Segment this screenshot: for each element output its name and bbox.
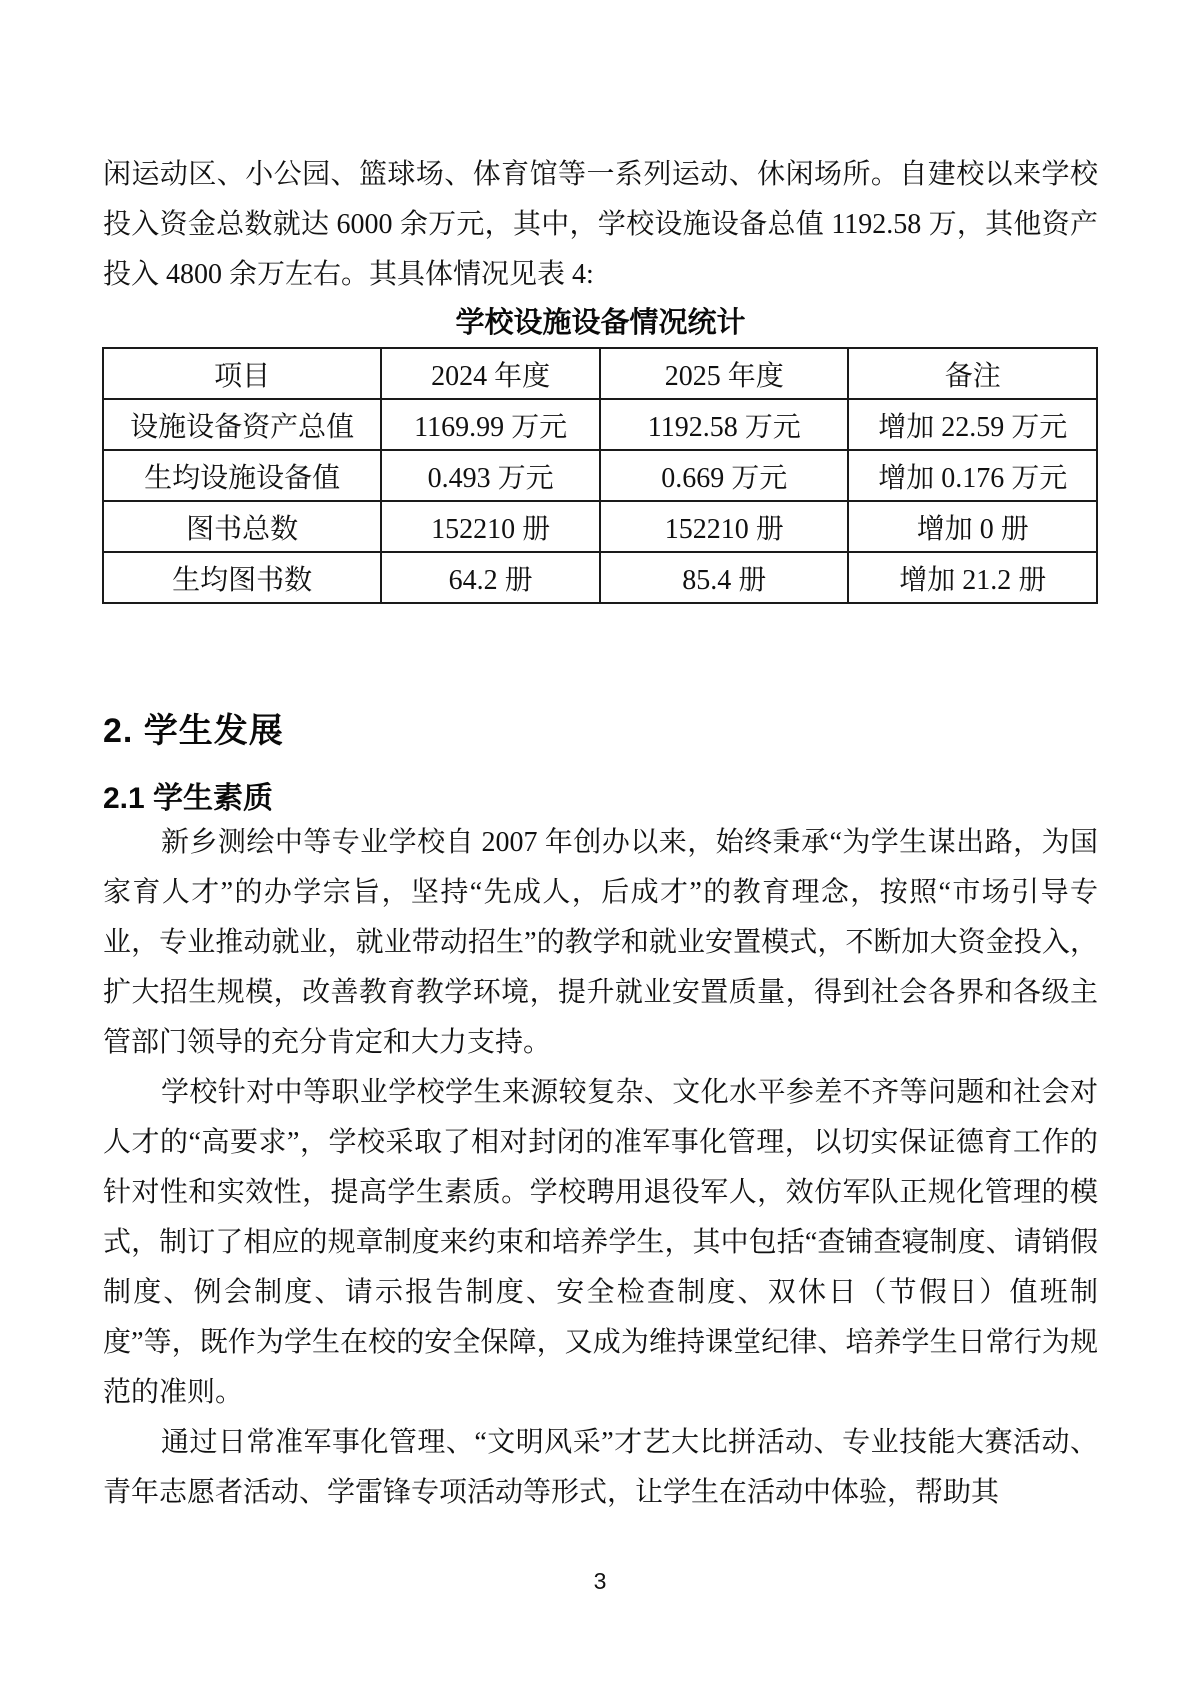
body-paragraph: 学校针对中等职业学校学生来源较复杂、文化水平参差不齐等问题和社会对人才的“高要求… — [103, 1068, 1098, 1418]
table-cell: 0.669 万元 — [600, 450, 849, 501]
table-cell: 图书总数 — [103, 501, 381, 552]
table-header-cell: 2025 年度 — [600, 348, 849, 399]
table-row: 设施设备资产总值 1169.99 万元 1192.58 万元 增加 22.59 … — [103, 399, 1097, 450]
table-cell: 增加 0 册 — [848, 501, 1097, 552]
table-row: 图书总数 152210 册 152210 册 增加 0 册 — [103, 501, 1097, 552]
table-header-cell: 备注 — [848, 348, 1097, 399]
table-cell: 1169.99 万元 — [381, 399, 600, 450]
table-row: 生均设施设备值 0.493 万元 0.669 万元 增加 0.176 万元 — [103, 450, 1097, 501]
section-body: 新乡测绘中等专业学校自 2007 年创办以来，始终秉承“为学生谋出路，为国家育人… — [103, 818, 1098, 1518]
intro-paragraph: 闲运动区、小公园、篮球场、体育馆等一系列运动、休闲场所。自建校以来学校投入资金总… — [103, 150, 1098, 300]
document-page: 闲运动区、小公园、篮球场、体育馆等一系列运动、休闲场所。自建校以来学校投入资金总… — [0, 0, 1200, 1696]
table-header-row: 项目 2024 年度 2025 年度 备注 — [103, 348, 1097, 399]
table-cell: 增加 22.59 万元 — [848, 399, 1097, 450]
body-paragraph: 新乡测绘中等专业学校自 2007 年创办以来，始终秉承“为学生谋出路，为国家育人… — [103, 818, 1098, 1068]
table-header-cell: 2024 年度 — [381, 348, 600, 399]
body-paragraph: 通过日常准军事化管理、“文明风采”才艺大比拼活动、专业技能大赛活动、青年志愿者活… — [103, 1418, 1098, 1518]
table-cell: 生均图书数 — [103, 552, 381, 603]
table-cell: 增加 0.176 万元 — [848, 450, 1097, 501]
table-cell: 64.2 册 — [381, 552, 600, 603]
table-header-cell: 项目 — [103, 348, 381, 399]
table-cell: 152210 册 — [600, 501, 849, 552]
table-cell: 生均设施设备值 — [103, 450, 381, 501]
table-row: 生均图书数 64.2 册 85.4 册 增加 21.2 册 — [103, 552, 1097, 603]
table-cell: 0.493 万元 — [381, 450, 600, 501]
facilities-table: 项目 2024 年度 2025 年度 备注 设施设备资产总值 1169.99 万… — [102, 347, 1098, 604]
table-cell: 85.4 册 — [600, 552, 849, 603]
page-number: 3 — [0, 1568, 1200, 1595]
table-cell: 设施设备资产总值 — [103, 399, 381, 450]
table-cell: 1192.58 万元 — [600, 399, 849, 450]
table-cell: 152210 册 — [381, 501, 600, 552]
table-cell: 增加 21.2 册 — [848, 552, 1097, 603]
section-heading: 2. 学生发展 — [103, 703, 284, 752]
table-title: 学校设施设备情况统计 — [103, 300, 1098, 341]
subsection-heading: 2.1 学生素质 — [103, 773, 273, 817]
